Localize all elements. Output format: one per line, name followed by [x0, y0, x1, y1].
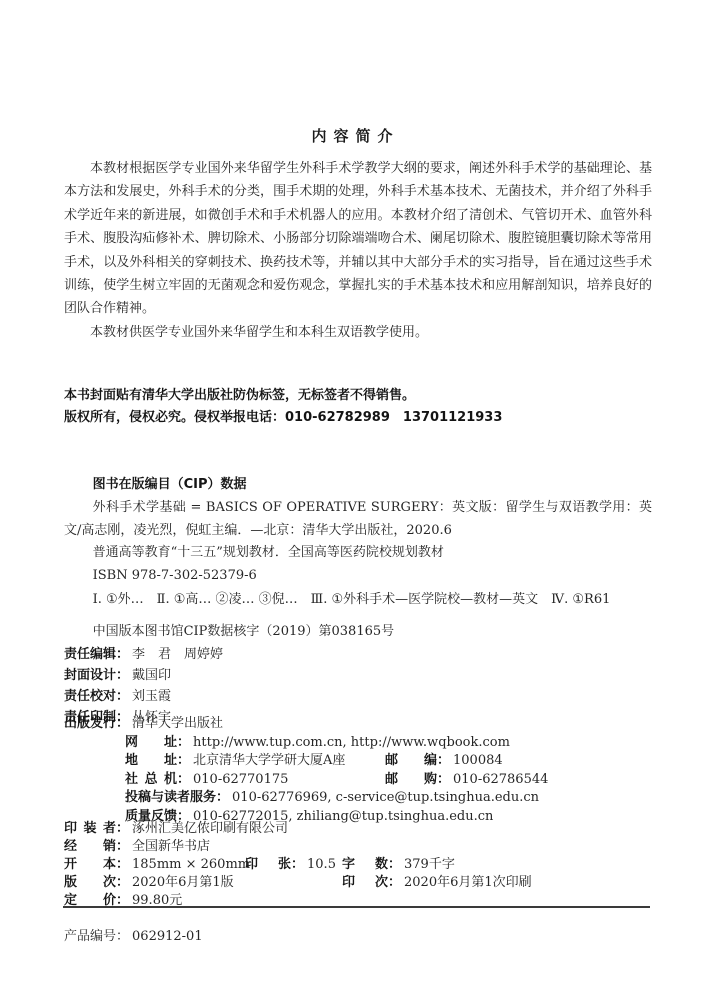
anti-counterfeit-notice: 本书封面贴有清华大学出版社防伪标签，无标签者不得销售。 版权所有，侵权必究。侵权…	[64, 385, 664, 429]
printer-row: 印装者：涿州汇美亿侬印刷有限公司	[64, 820, 664, 838]
address-value: 北京清华大学学研大厦A座	[193, 753, 345, 768]
reader-service-label: 投稿与读者服务	[125, 790, 216, 805]
staff-label: 责任校对	[64, 689, 116, 704]
colon-separator: ：	[116, 668, 129, 683]
switchboard-label: 社总机	[125, 771, 177, 790]
colon-separator: ：	[291, 857, 304, 872]
publisher-value: 清华大学出版社	[132, 716, 223, 731]
staff-value: 戴国印	[132, 668, 171, 683]
reader-service-value: 010-62776969, c-service@tup.tsinghua.edu…	[232, 790, 539, 805]
website-value: http://www.tup.com.cn, http://www.wqbook…	[193, 735, 510, 750]
colon-separator: ：	[116, 875, 129, 890]
summary-paragraph-2: 本教材供医学专业国外来华留学生和本科生双语教学使用。	[64, 321, 652, 344]
staff-row-cover-design: 封面设计：戴国印	[64, 665, 464, 686]
cip-data-section: 图书在版编目（CIP）数据 外科手术学基础 = BASICS OF OPERAT…	[64, 474, 652, 587]
staff-label: 责任编辑	[64, 647, 116, 662]
impression-label: 印次	[342, 874, 388, 892]
colon-separator: ：	[116, 647, 129, 662]
address-row: 地址：北京清华大学学研大厦A座邮编：100084	[64, 752, 664, 771]
colon-separator: ：	[216, 790, 229, 805]
colon-separator: ：	[116, 839, 129, 854]
product-number-value: 062912-01	[132, 929, 203, 944]
website-label: 网址	[125, 734, 177, 753]
format-row: 开本：185mm × 260mm印张：10.5字数：379千字	[64, 856, 664, 874]
words-value: 379千字	[404, 857, 455, 872]
staff-value: 刘玉霞	[132, 689, 171, 704]
format-label: 开本	[64, 856, 116, 874]
colon-separator: ：	[388, 875, 401, 890]
staff-label: 封面设计	[64, 668, 116, 683]
cip-record-number: 中国版本图书馆CIP数据核字（2019）第038165号	[64, 620, 664, 639]
divider-line	[63, 906, 650, 908]
colon-separator: ：	[116, 716, 129, 731]
sheets-label: 印张	[245, 856, 291, 874]
summary-paragraph-1: 本教材根据医学专业国外来华留学生外科手术学教学大纲的要求，阐述外科手术学的基础理…	[64, 157, 652, 321]
cip-entry: 外科手术学基础 = BASICS OF OPERATIVE SURGERY：英文…	[64, 497, 652, 542]
cip-classification: Ⅰ. ①外… Ⅱ. ①高… ②凌… ③倪… Ⅲ. ①外科手术—医学院校—教材—英…	[64, 588, 664, 607]
website-row: 网址：http://www.tup.com.cn, http://www.wqb…	[64, 734, 664, 753]
staff-row-editor: 责任编辑：李 君 周婷婷	[64, 644, 464, 665]
colon-separator: ：	[116, 929, 129, 944]
zip-value: 100084	[453, 753, 503, 768]
printer-label: 印装者	[64, 820, 116, 838]
mailorder-label: 邮购	[385, 771, 437, 790]
colon-separator: ：	[437, 753, 450, 768]
product-number-row: 产品编号：062912-01	[64, 925, 203, 944]
cip-isbn: ISBN 978-7-302-52379-6	[64, 565, 652, 587]
address-label: 地址	[125, 752, 177, 771]
edition-row: 版次：2020年6月第1版印次：2020年6月第1次印刷	[64, 874, 664, 892]
print-spec-section: 印装者：涿州汇美亿侬印刷有限公司 经销：全国新华书店 开本：185mm × 26…	[64, 820, 664, 910]
colon-separator: ：	[177, 753, 190, 768]
colon-separator: ：	[177, 772, 190, 787]
reader-service-row: 投稿与读者服务：010-62776969, c-service@tup.tsin…	[64, 789, 664, 808]
staff-value: 李 君 周婷婷	[132, 647, 223, 662]
content-summary-section: 本教材根据医学专业国外来华留学生外科手术学教学大纲的要求，阐述外科手术学的基础理…	[64, 157, 652, 344]
notice-line-2: 版权所有，侵权必究。侵权举报电话：010-62782989 1370112193…	[64, 407, 664, 429]
colon-separator: ：	[437, 772, 450, 787]
distributor-label: 经销	[64, 838, 116, 856]
format-value: 185mm × 260mm	[132, 857, 250, 872]
zip-label: 邮编	[385, 752, 437, 771]
mailorder-value: 010-62786544	[453, 772, 548, 787]
words-label: 字数	[342, 856, 388, 874]
colon-separator: ：	[116, 689, 129, 704]
product-number-label: 产品编号	[64, 929, 116, 944]
distributor-row: 经销：全国新华书店	[64, 838, 664, 856]
distributor-value: 全国新华书店	[132, 839, 210, 854]
notice-line-1: 本书封面贴有清华大学出版社防伪标签，无标签者不得销售。	[64, 385, 664, 407]
content-summary-title: 内容简介	[0, 125, 711, 146]
publisher-row: 出版发行：清华大学出版社	[64, 715, 664, 734]
colon-separator: ：	[116, 857, 129, 872]
publisher-section: 出版发行：清华大学出版社 网址：http://www.tup.com.cn, h…	[64, 715, 664, 827]
switchboard-row: 社总机：010-62770175邮购：010-62786544	[64, 771, 664, 790]
colon-separator: ：	[116, 821, 129, 836]
publisher-label: 出版发行	[64, 716, 116, 731]
impression-value: 2020年6月第1次印刷	[404, 875, 532, 890]
switchboard-value: 010-62770175	[193, 772, 288, 787]
cip-heading: 图书在版编目（CIP）数据	[64, 474, 652, 496]
edition-value: 2020年6月第1版	[132, 875, 234, 890]
sheets-value: 10.5	[307, 857, 336, 872]
staff-row-proofreader: 责任校对：刘玉霞	[64, 686, 464, 707]
colon-separator: ：	[388, 857, 401, 872]
colon-separator: ：	[177, 735, 190, 750]
printer-value: 涿州汇美亿侬印刷有限公司	[132, 821, 288, 836]
edition-label: 版次	[64, 874, 116, 892]
cip-series: 普通高等教育“十三五”规划教材．全国高等医药院校规划教材	[64, 542, 652, 564]
